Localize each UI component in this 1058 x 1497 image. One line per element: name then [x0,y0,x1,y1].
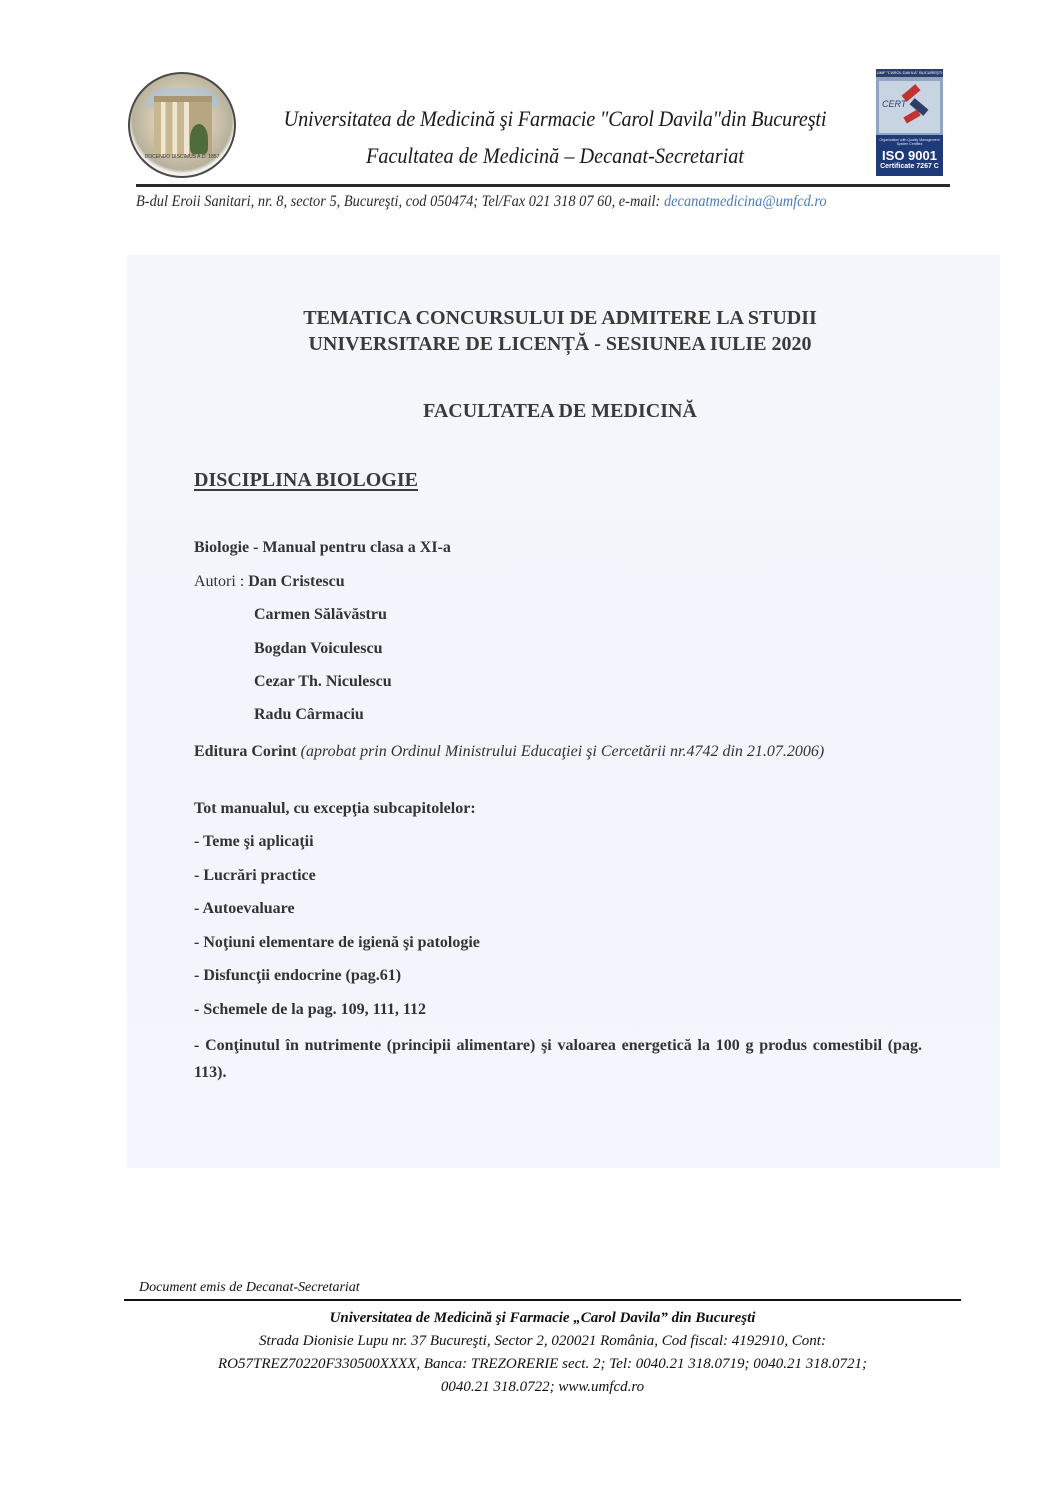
footer-address: Strada Dionisie Lupu nr. 37 Bucureşti, S… [124,1333,961,1350]
publisher-paragraph: Editura Corint (aprobat prin Ordinul Min… [194,738,922,765]
footer-bank-phone: RO57TREZ70220F330500XXXX, Banca: TREZORE… [124,1356,961,1373]
author-name: Carmen Sălăvăstru [254,606,387,624]
faculty-heading: FACULTATEA DE MEDICINĂ [160,400,960,423]
seal-motto: DOCENDO DISCIMUS A.D. 1857 [130,154,234,160]
manual-title: Biologie - Manual pentru clasa a XI-a [194,539,451,557]
publisher-approval-note: (aprobat prin Ordinul Ministrului Educaţ… [301,743,825,760]
email-link[interactable]: decanatmedicina@umfcd.ro [664,193,827,210]
author-name: Cezar Th. Niculescu [254,673,392,691]
author-name: Radu Cârmaciu [254,706,364,724]
iso-certificate-number: Certificate 7267 C [876,163,943,171]
authors-line: Autori : Dan Cristescu [194,573,345,591]
address-text: B-dul Eroii Sanitari, nr. 8, sector 5, B… [136,193,664,210]
iso-standard: ISO 9001 [876,149,943,163]
exclusion-item: - Autoevaluare [194,900,295,918]
exclusion-item: - Noţiuni elementare de igienă şi patolo… [194,934,480,952]
author-name: Dan Cristescu [248,573,344,590]
exclusion-item: - Conţinutul în nutrimente (principii al… [194,1032,922,1086]
university-seal-logo: UNIVERSITATEA DE MEDICINĂ ŞI FARMACIE „C… [128,72,236,178]
header-divider [136,184,950,187]
exclusions-intro: Tot manualul, cu excepţia subcapitolelor… [194,800,476,818]
iso-caption: Organization with Quality Management Sys… [876,135,943,146]
document-issuer-note: Document emis de Decanat-Secretariat [139,1280,360,1296]
discipline-heading: DISCIPLINA BIOLOGIE [194,469,418,492]
document-title-line-2: UNIVERSITARE DE LICENȚĂ - SESIUNEA IULIE… [160,333,960,356]
faculty-department: Facultatea de Medicină – Decanat-Secreta… [274,143,835,169]
iso-certification-logo: UMF "CAROL DAVILA" BUCUREŞTI CERT Organi… [876,69,943,176]
document-title-line-1: TEMATICA CONCURSULUI DE ADMITERE LA STUD… [160,307,960,330]
certind-brand: CERT [882,99,906,109]
seal-tree [190,124,208,154]
footer-university-name: Universitatea de Medicină şi Farmacie „C… [124,1310,961,1327]
exclusion-item: - Schemele de la pag. 109, 111, 112 [194,1001,426,1019]
contact-address: B-dul Eroii Sanitari, nr. 8, sector 5, B… [136,193,874,211]
university-name: Universitatea de Medicină şi Farmacie "C… [274,106,835,132]
authors-label: Autori : [194,573,248,590]
footer-divider [124,1299,961,1301]
iso-band: Organization with Quality Management Sys… [876,135,943,176]
exclusion-item: - Disfuncţii endocrine (pag.61) [194,967,401,985]
cert-top-band: UMF "CAROL DAVILA" BUCUREŞTI [876,69,943,77]
exclusion-item: - Teme şi aplicaţii [194,833,314,851]
author-name: Bogdan Voiculescu [254,640,382,658]
publisher-name: Editura Corint [194,743,297,760]
footer-phone-website: 0040.21 318.0722; www.umfcd.ro [124,1379,961,1396]
exclusion-item: - Lucrări practice [194,867,316,885]
